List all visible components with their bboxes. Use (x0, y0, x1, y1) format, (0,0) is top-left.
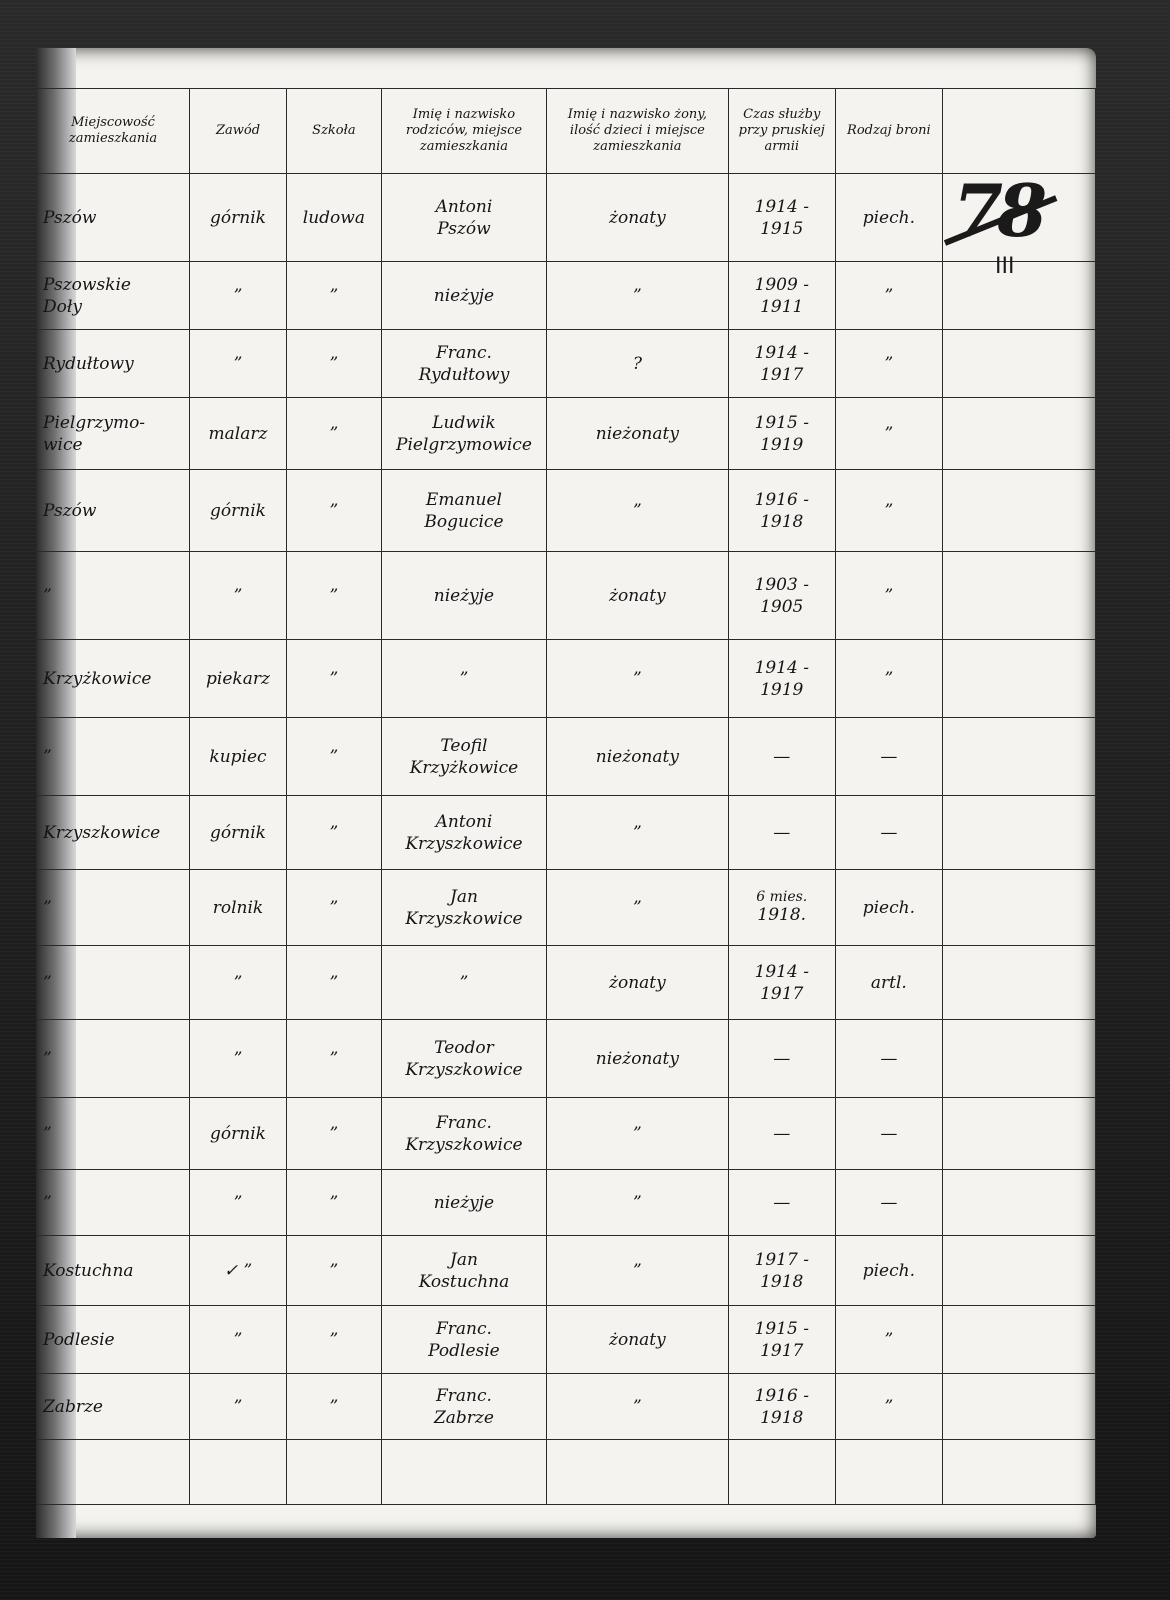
cell-extra (942, 1374, 1095, 1440)
cell-parents-line: Franc. (386, 342, 542, 364)
cell-arm: ” (835, 330, 942, 398)
cell-service: 1914 - 1919 (728, 640, 835, 718)
cell-service-line: 1917 - 1918 (733, 1249, 831, 1293)
register-body: PszówgórnikludowaAntoniPszówżonaty1914 -… (37, 174, 1096, 1505)
cell-service-line: 1903 - 1905 (733, 574, 831, 618)
cell-parents-line: nieżyje (386, 1192, 542, 1214)
cell-wife: ” (547, 640, 729, 718)
cell-arm: ” (835, 262, 942, 330)
cell-service: — (728, 1170, 835, 1236)
cell-parents-line: ” (386, 972, 542, 994)
cell-occupation: ” (190, 1020, 287, 1098)
cell-parents: TeofilKrzyżkowice (381, 718, 546, 796)
cell-occupation: górnik (190, 470, 287, 552)
cell-school: ” (286, 870, 381, 946)
cell-service-line: — (733, 1123, 831, 1145)
cell-school: ” (286, 1236, 381, 1306)
cell-service: 1909 - 1911 (728, 262, 835, 330)
cell-service-line: 1916 - 1918 (733, 489, 831, 533)
cell-arm: ” (835, 640, 942, 718)
header-place: Miejscowość zamieszkania (37, 89, 190, 174)
cell-parents-line: Zabrze (386, 1407, 542, 1429)
cell-service: 1916 - 1918 (728, 470, 835, 552)
cell-place: Rydułtowy (37, 330, 190, 398)
cell-parents-line: Jan (386, 1249, 542, 1271)
cell-parents-line: Kostuchna (386, 1271, 542, 1293)
cell-occupation: kupiec (190, 718, 287, 796)
cell-parents-line: Pszów (386, 218, 542, 240)
cell-parents-line: Krzyszkowice (386, 833, 542, 855)
empty-cell (37, 1440, 190, 1505)
table-row: ”””nieżyjeżonaty1903 - 1905” (37, 552, 1096, 640)
cell-parents-line: Franc. (386, 1112, 542, 1134)
cell-parents-line: Krzyszkowice (386, 1134, 542, 1156)
empty-cell (835, 1440, 942, 1505)
cell-place: Pielgrzymo-wice (37, 398, 190, 470)
cell-service-line: 1914 - 1915 (733, 196, 831, 240)
cell-extra (942, 552, 1095, 640)
cell-parents-line: Franc. (386, 1385, 542, 1407)
cell-parents: LudwikPielgrzymowice (381, 398, 546, 470)
header-school: Szkoła (286, 89, 381, 174)
table-row: ”górnik”Franc.Krzyszkowice”—— (37, 1098, 1096, 1170)
cell-occupation: górnik (190, 174, 287, 262)
cell-arm: ” (835, 1374, 942, 1440)
table-row: PszowskieDoły””nieżyje”1909 - 1911” (37, 262, 1096, 330)
cell-service-line: — (733, 822, 831, 844)
cell-service-line: 1918. (733, 904, 831, 926)
cell-place-line: Kostuchna (43, 1260, 185, 1282)
cell-parents: ” (381, 946, 546, 1020)
cell-place: ” (37, 1020, 190, 1098)
cell-place: ” (37, 1170, 190, 1236)
cell-wife: żonaty (547, 1306, 729, 1374)
cell-occupation: rolnik (190, 870, 287, 946)
table-row: Podlesie””Franc.Podlesieżonaty1915 - 191… (37, 1306, 1096, 1374)
cell-place-line: ” (43, 897, 185, 919)
cell-extra (942, 1020, 1095, 1098)
cell-parents: EmanuelBogucice (381, 470, 546, 552)
table-row: ”””nieżyje”—— (37, 1170, 1096, 1236)
header-occupation: Zawód (190, 89, 287, 174)
cell-place-line: ” (43, 746, 185, 768)
table-row: ”kupiec”TeofilKrzyżkowicenieżonaty—— (37, 718, 1096, 796)
empty-cell (942, 1440, 1095, 1505)
cell-school: ” (286, 262, 381, 330)
cell-occupation: ✓ ” (190, 1236, 287, 1306)
cell-service: 1914 - 1917 (728, 330, 835, 398)
cell-parents: Franc.Krzyszkowice (381, 1098, 546, 1170)
cell-extra (942, 796, 1095, 870)
table-row: ”rolnik”JanKrzyszkowice”6 mies.1918.piec… (37, 870, 1096, 946)
cell-extra (942, 470, 1095, 552)
table-row: Krzyżkowicepiekarz”””1914 - 1919” (37, 640, 1096, 718)
cell-service-line: — (733, 1192, 831, 1214)
cell-place: ” (37, 946, 190, 1020)
cell-parents: Franc.Zabrze (381, 1374, 546, 1440)
cell-parents-line: Jan (386, 886, 542, 908)
header-wife: Imię i nazwisko żony, ilość dzieci i mie… (547, 89, 729, 174)
cell-extra (942, 870, 1095, 946)
cell-place-line: ” (43, 1192, 185, 1214)
cell-service-line: 1914 - 1917 (733, 342, 831, 386)
cell-arm: ” (835, 552, 942, 640)
header-row: Miejscowość zamieszkania Zawód Szkoła Im… (37, 89, 1096, 174)
cell-parents-line: Krzyżkowice (386, 757, 542, 779)
cell-parents: nieżyje (381, 1170, 546, 1236)
cell-place: PszowskieDoły (37, 262, 190, 330)
table-row: ””””żonaty1914 - 1917artl. (37, 946, 1096, 1020)
cell-service-line: 1914 - 1919 (733, 657, 831, 701)
cell-occupation: ” (190, 1170, 287, 1236)
cell-parents: nieżyje (381, 552, 546, 640)
cell-extra (942, 1170, 1095, 1236)
cell-occupation: ” (190, 552, 287, 640)
cell-school: ” (286, 1098, 381, 1170)
cell-arm: piech. (835, 1236, 942, 1306)
cell-service: — (728, 796, 835, 870)
cell-parents-line: Antoni (386, 196, 542, 218)
cell-service-line: — (733, 1048, 831, 1070)
cell-parents-line: Podlesie (386, 1340, 542, 1362)
cell-parents: TeodorKrzyszkowice (381, 1020, 546, 1098)
table-row: ”””TeodorKrzyszkowicenieżonaty—— (37, 1020, 1096, 1098)
cell-arm: — (835, 1098, 942, 1170)
cell-occupation: ” (190, 1306, 287, 1374)
cell-place-line: ” (43, 585, 185, 607)
cell-service: 1917 - 1918 (728, 1236, 835, 1306)
cell-place-line: ” (43, 1123, 185, 1145)
cell-occupation: ” (190, 330, 287, 398)
cell-service-line: 1915 - 1917 (733, 1318, 831, 1362)
cell-extra (942, 1098, 1095, 1170)
cell-service-line: 1909 - 1911 (733, 274, 831, 318)
cell-parents: Franc.Rydułtowy (381, 330, 546, 398)
cell-parents: AntoniKrzyszkowice (381, 796, 546, 870)
cell-occupation: ” (190, 946, 287, 1020)
cell-extra (942, 718, 1095, 796)
cell-wife: ” (547, 1170, 729, 1236)
cell-parents: JanKostuchna (381, 1236, 546, 1306)
cell-service: — (728, 1098, 835, 1170)
cell-parents-line: Krzyszkowice (386, 1059, 542, 1081)
cell-service-line: 1914 - 1917 (733, 961, 831, 1005)
cell-wife: ” (547, 1098, 729, 1170)
cell-extra (942, 640, 1095, 718)
cell-place: Podlesie (37, 1306, 190, 1374)
cell-parents-line: ” (386, 668, 542, 690)
cell-extra (942, 1236, 1095, 1306)
cell-wife: ” (547, 796, 729, 870)
cell-school: ” (286, 946, 381, 1020)
cell-parents: nieżyje (381, 262, 546, 330)
cell-service-line: 6 mies. (733, 890, 831, 904)
header-parents: Imię i nazwisko rodziców, miejsce zamies… (381, 89, 546, 174)
cell-service-line: 1915 - 1919 (733, 412, 831, 456)
cell-service: 1903 - 1905 (728, 552, 835, 640)
cell-wife: nieżonaty (547, 398, 729, 470)
cell-place-line: wice (43, 434, 185, 456)
cell-place-line: Krzyszkowice (43, 822, 185, 844)
cell-arm: — (835, 718, 942, 796)
cell-service: — (728, 718, 835, 796)
cell-arm: ” (835, 1306, 942, 1374)
cell-place-line: Pszów (43, 207, 185, 229)
cell-wife: nieżonaty (547, 1020, 729, 1098)
cell-service: 1916 - 1918 (728, 1374, 835, 1440)
table-row: Zabrze””Franc.Zabrze”1916 - 1918” (37, 1374, 1096, 1440)
cell-occupation: malarz (190, 398, 287, 470)
cell-school: ” (286, 398, 381, 470)
cell-service: 6 mies.1918. (728, 870, 835, 946)
cell-school: ” (286, 1020, 381, 1098)
cell-place: ” (37, 870, 190, 946)
table-row: Pielgrzymo-wicemalarz”LudwikPielgrzymowi… (37, 398, 1096, 470)
cell-arm: artl. (835, 946, 942, 1020)
cell-arm: ” (835, 398, 942, 470)
cell-parents-line: Franc. (386, 1318, 542, 1340)
cell-place: Krzyżkowice (37, 640, 190, 718)
cell-place: ” (37, 718, 190, 796)
cell-place-line: Podlesie (43, 1329, 185, 1351)
cell-place: ” (37, 552, 190, 640)
cell-place-line: Rydułtowy (43, 353, 185, 375)
cell-parents-line: Pielgrzymowice (386, 434, 542, 456)
cell-parents-line: Antoni (386, 811, 542, 833)
cell-arm: piech. (835, 174, 942, 262)
cell-school: ” (286, 796, 381, 870)
cell-arm: ” (835, 470, 942, 552)
cell-place-line: ” (43, 972, 185, 994)
cell-occupation: piekarz (190, 640, 287, 718)
cell-occupation: ” (190, 262, 287, 330)
cell-wife: ” (547, 262, 729, 330)
table-row: PszówgórnikludowaAntoniPszówżonaty1914 -… (37, 174, 1096, 262)
cell-arm: — (835, 796, 942, 870)
cell-service-line: 1916 - 1918 (733, 1385, 831, 1429)
cell-school: ” (286, 1374, 381, 1440)
cell-wife: ” (547, 470, 729, 552)
empty-cell (547, 1440, 729, 1505)
cell-service: 1915 - 1919 (728, 398, 835, 470)
cell-service: 1914 - 1917 (728, 946, 835, 1020)
cell-school: ” (286, 552, 381, 640)
cell-parents-line: Rydułtowy (386, 364, 542, 386)
table-row: Rydułtowy””Franc.Rydułtowy?1914 - 1917” (37, 330, 1096, 398)
cell-arm: — (835, 1170, 942, 1236)
cell-extra (942, 262, 1095, 330)
cell-service: 1914 - 1915 (728, 174, 835, 262)
cell-wife: żonaty (547, 174, 729, 262)
cell-parents: Franc.Podlesie (381, 1306, 546, 1374)
header-service: Czas służby przy pruskiej armii (728, 89, 835, 174)
cell-parents-line: Teodor (386, 1037, 542, 1059)
cell-place: Zabrze (37, 1374, 190, 1440)
cell-wife: ” (547, 870, 729, 946)
cell-school: ” (286, 470, 381, 552)
cell-place-line: Zabrze (43, 1396, 185, 1418)
cell-parents-line: nieżyje (386, 285, 542, 307)
cell-school: ” (286, 1306, 381, 1374)
empty-cell (728, 1440, 835, 1505)
cell-place-line: Doły (43, 296, 185, 318)
cell-school: ” (286, 1170, 381, 1236)
cell-extra (942, 174, 1095, 262)
cell-place: Krzyszkowice (37, 796, 190, 870)
cell-school: ” (286, 330, 381, 398)
empty-cell (190, 1440, 287, 1505)
cell-school: ludowa (286, 174, 381, 262)
cell-extra (942, 946, 1095, 1020)
cell-extra (942, 1306, 1095, 1374)
cell-school: ” (286, 640, 381, 718)
cell-occupation: ” (190, 1374, 287, 1440)
cell-service-line: — (733, 746, 831, 768)
empty-cell (381, 1440, 546, 1505)
cell-service: 1915 - 1917 (728, 1306, 835, 1374)
header-extra (942, 89, 1095, 174)
empty-row (37, 1440, 1096, 1505)
cell-place-line: Pszowskie (43, 274, 185, 296)
cell-parents-line: nieżyje (386, 585, 542, 607)
cell-place: Pszów (37, 174, 190, 262)
cell-occupation: górnik (190, 1098, 287, 1170)
cell-place-line: Krzyżkowice (43, 668, 185, 690)
cell-extra (942, 330, 1095, 398)
cell-parents-line: Krzyszkowice (386, 908, 542, 930)
cell-place-line: ” (43, 1048, 185, 1070)
cell-wife: ” (547, 1374, 729, 1440)
register-table: Miejscowość zamieszkania Zawód Szkoła Im… (36, 88, 1096, 1505)
cell-parents: ” (381, 640, 546, 718)
cell-parents-line: Ludwik (386, 412, 542, 434)
table-row: Krzyszkowicegórnik”AntoniKrzyszkowice”—— (37, 796, 1096, 870)
table-row: Kostuchna✓ ””JanKostuchna”1917 - 1918pie… (37, 1236, 1096, 1306)
cell-arm: piech. (835, 870, 942, 946)
cell-occupation: górnik (190, 796, 287, 870)
cell-arm: — (835, 1020, 942, 1098)
cell-extra (942, 398, 1095, 470)
cell-parents: JanKrzyszkowice (381, 870, 546, 946)
cell-parents: AntoniPszów (381, 174, 546, 262)
cell-place: Pszów (37, 470, 190, 552)
cell-place: Kostuchna (37, 1236, 190, 1306)
cell-wife: żonaty (547, 946, 729, 1020)
empty-cell (286, 1440, 381, 1505)
cell-wife: nieżonaty (547, 718, 729, 796)
cell-wife: ? (547, 330, 729, 398)
cell-service: — (728, 1020, 835, 1098)
cell-parents-line: Bogucice (386, 511, 542, 533)
cell-wife: żonaty (547, 552, 729, 640)
header-arm: Rodzaj broni (835, 89, 942, 174)
cell-parents-line: Emanuel (386, 489, 542, 511)
cell-parents-line: Teofil (386, 735, 542, 757)
cell-school: ” (286, 718, 381, 796)
cell-place: ” (37, 1098, 190, 1170)
cell-wife: ” (547, 1236, 729, 1306)
cell-place-line: Pszów (43, 500, 185, 522)
table-row: Pszówgórnik”EmanuelBogucice”1916 - 1918” (37, 470, 1096, 552)
cell-place-line: Pielgrzymo- (43, 412, 185, 434)
